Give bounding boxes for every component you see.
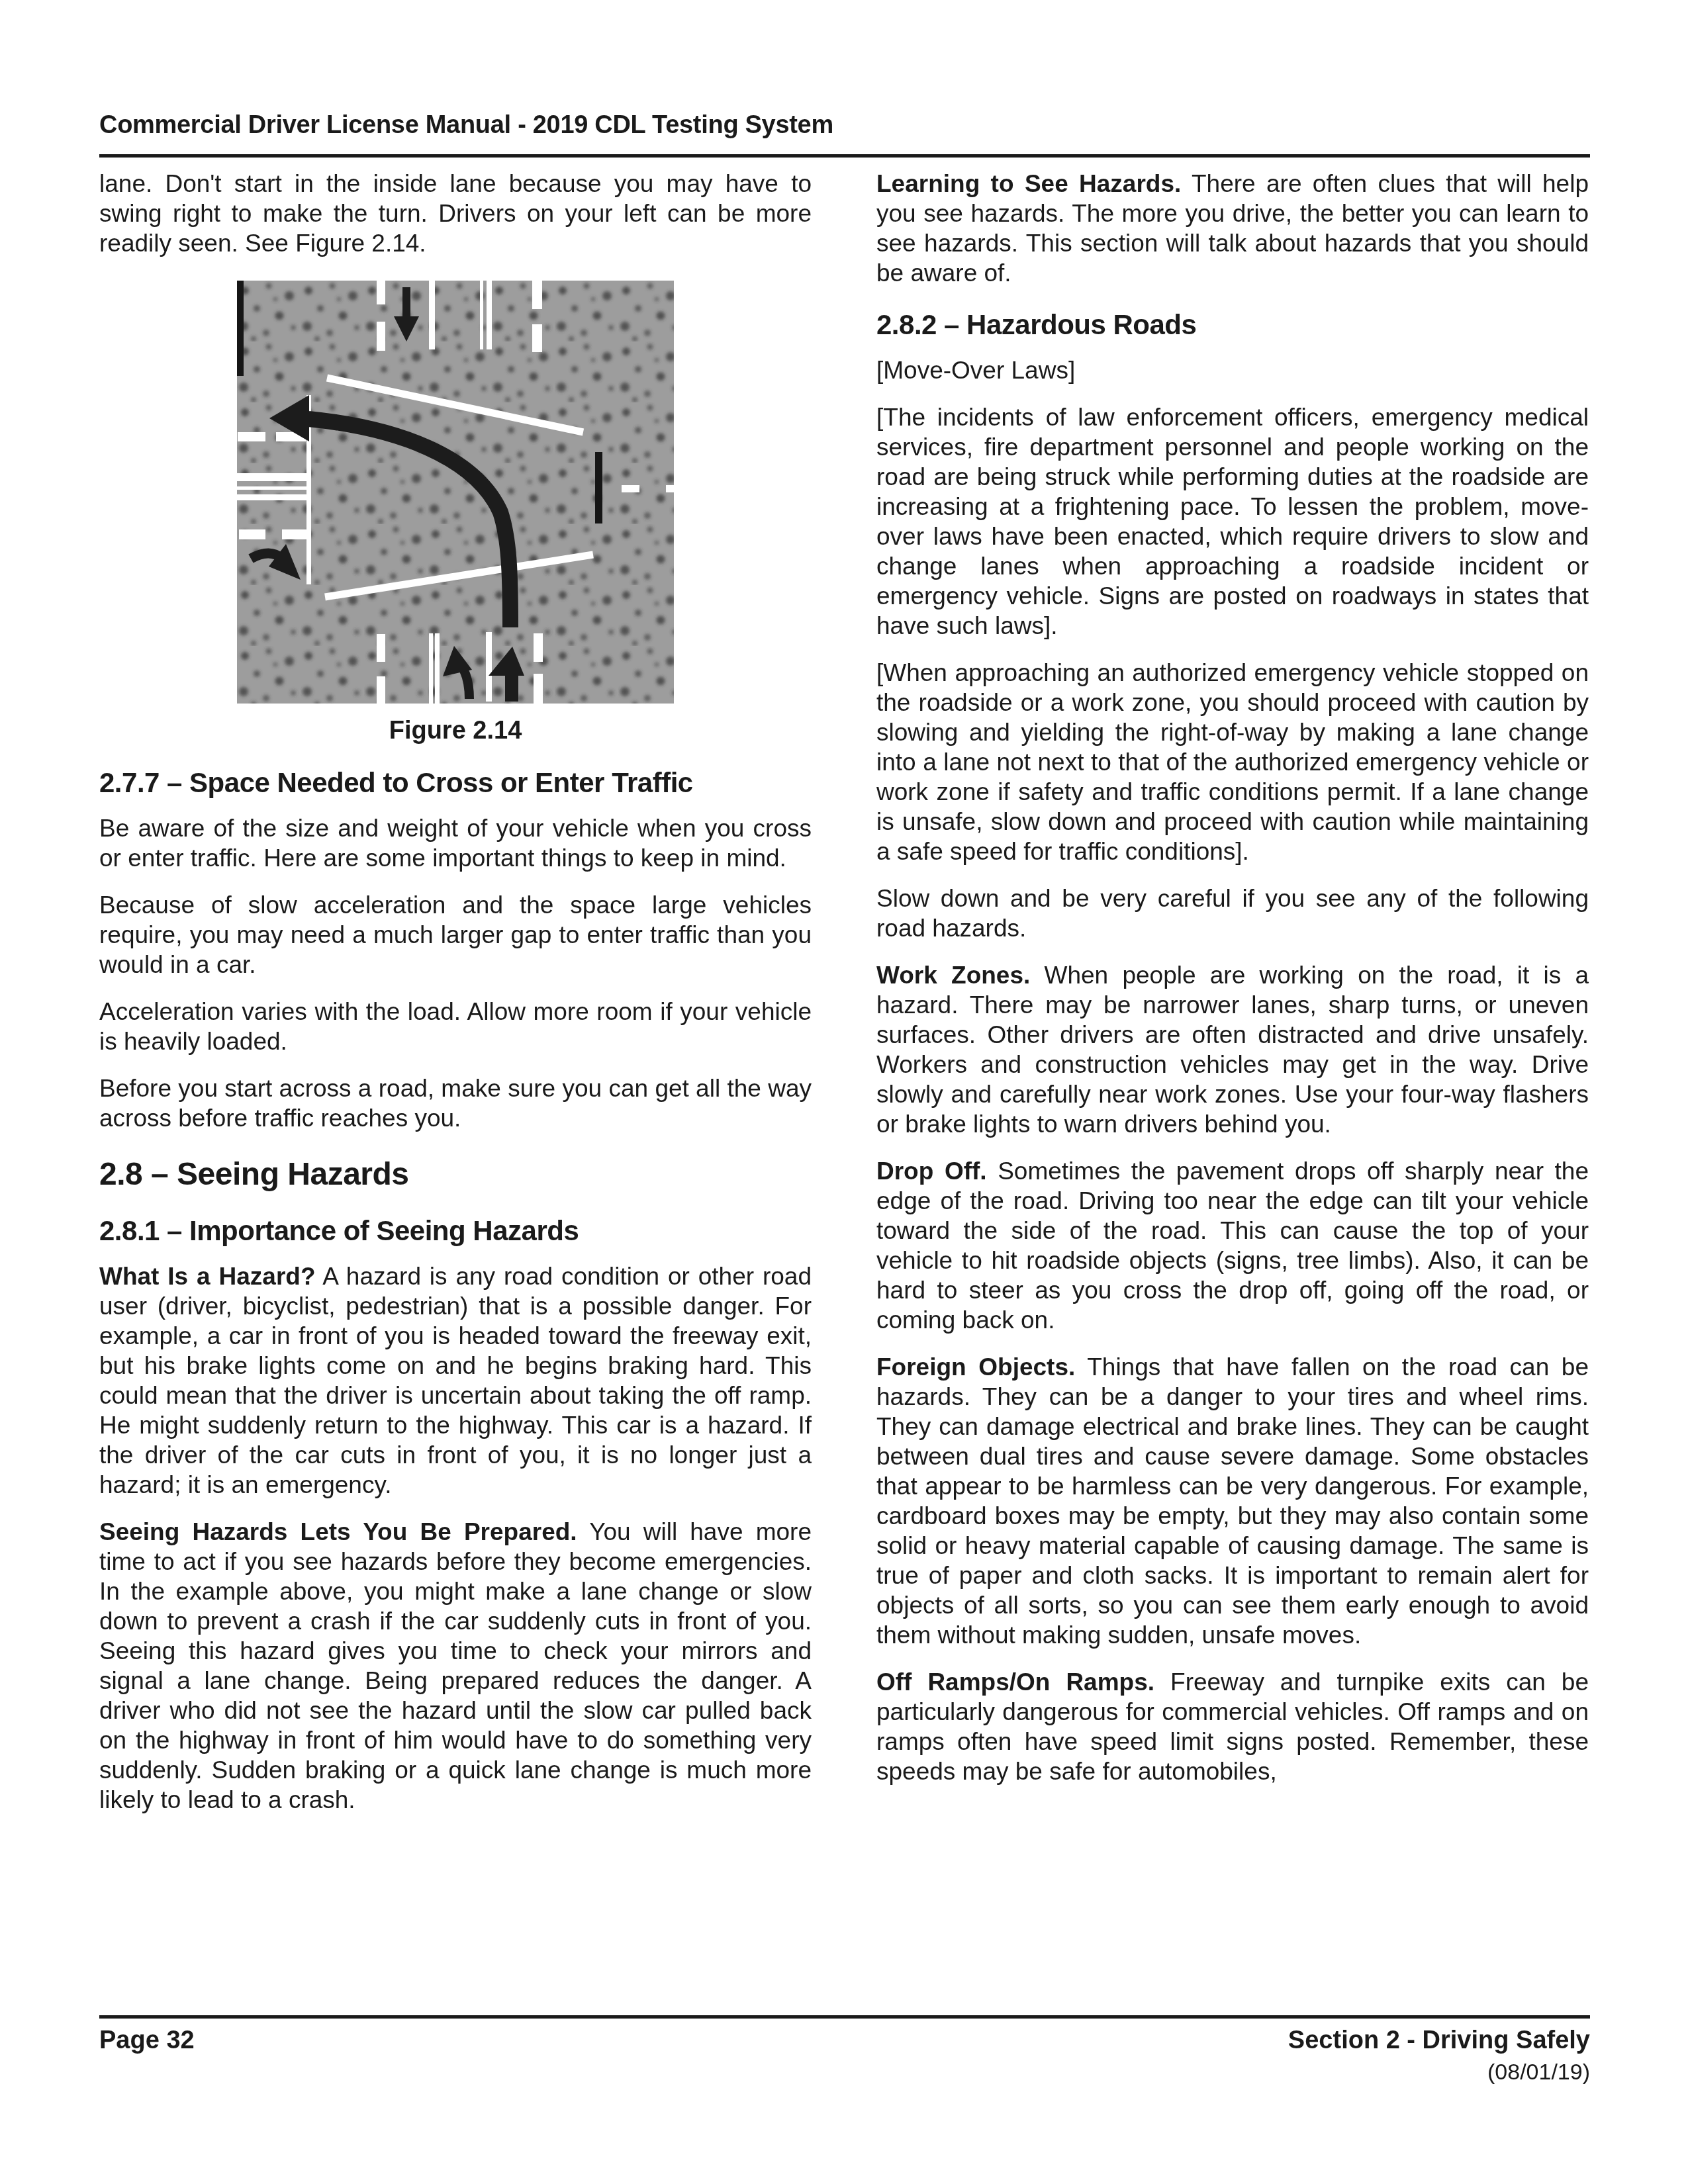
figure-2-14: Figure 2.14	[237, 281, 674, 746]
manual-page: Commercial Driver License Manual - 2019 …	[0, 0, 1688, 2184]
paragraph-move-over-laws: [Move-Over Laws]	[876, 355, 1589, 385]
footer-section-title: Section 2 - Driving Safely	[1288, 2026, 1590, 2055]
paragraph-foreign-objects: Foreign Objects. Things that have fallen…	[876, 1352, 1589, 1650]
header-rule	[99, 154, 1590, 158]
paragraph-lead: Learning to See Hazards.	[876, 170, 1181, 197]
paragraph-acceleration-gap: Because of slow acceleration and the spa…	[99, 890, 812, 979]
left-column: lane. Don't start in the inside lane bec…	[99, 169, 812, 1832]
footer-revision-date: (08/01/19)	[1487, 2060, 1590, 2085]
intersection-diagram	[237, 281, 674, 704]
paragraph-body: A hazard is any road condition or other …	[99, 1263, 812, 1498]
paragraph-lead: Seeing Hazards Lets You Be Prepared.	[99, 1518, 577, 1545]
paragraph-slow-down: Slow down and be very careful if you see…	[876, 884, 1589, 943]
paragraph-when-approaching: [When approaching an authorized emergenc…	[876, 658, 1589, 866]
paragraph-incidents: [The incidents of law enforcement office…	[876, 402, 1589, 641]
footer-page-number: Page 32	[99, 2026, 195, 2055]
paragraph-lead: Drop Off.	[876, 1158, 987, 1185]
figure-caption: Figure 2.14	[237, 715, 674, 746]
paragraph-lead: Off Ramps/On Ramps.	[876, 1668, 1154, 1696]
heading-2-8-1: 2.8.1 – Importance of Seeing Hazards	[99, 1214, 812, 1248]
paragraph-work-zones: Work Zones. When people are working on t…	[876, 960, 1589, 1139]
road-surface	[237, 281, 674, 704]
paragraph-drop-off: Drop Off. Sometimes the pavement drops o…	[876, 1156, 1589, 1335]
heading-2-8-2: 2.8.2 – Hazardous Roads	[876, 308, 1589, 342]
footer-rule	[99, 2015, 1590, 2019]
paragraph-learning: Learning to See Hazards. There are often…	[876, 169, 1589, 288]
paragraph-what-is-hazard: What Is a Hazard? A hazard is any road c…	[99, 1261, 812, 1500]
heading-2-8: 2.8 – Seeing Hazards	[99, 1156, 812, 1194]
right-column: Learning to See Hazards. There are often…	[876, 169, 1589, 1803]
paragraph-be-aware: Be aware of the size and weight of your …	[99, 813, 812, 873]
paragraph-off-ramps: Off Ramps/On Ramps. Freeway and turnpike…	[876, 1667, 1589, 1786]
left-median-bar	[237, 281, 244, 376]
paragraph-prepared: Seeing Hazards Lets You Be Prepared. You…	[99, 1517, 812, 1815]
paragraph-intro: lane. Don't start in the inside lane bec…	[99, 169, 812, 258]
paragraph-lead: Work Zones.	[876, 962, 1030, 989]
paragraph-lead: Foreign Objects.	[876, 1353, 1075, 1381]
paragraph-lead: What Is a Hazard?	[99, 1263, 315, 1290]
page-header-title: Commercial Driver License Manual - 2019 …	[99, 111, 833, 140]
paragraph-body: You will have more time to act if you se…	[99, 1518, 812, 1813]
right-median-bar	[595, 452, 602, 523]
paragraph-body: Things that have fallen on the road can …	[876, 1353, 1589, 1649]
paragraph-acceleration-load: Acceleration varies with the load. Allow…	[99, 997, 812, 1056]
heading-2-7-7: 2.7.7 – Space Needed to Cross or Enter T…	[99, 766, 812, 800]
paragraph-before-cross: Before you start across a road, make sur…	[99, 1073, 812, 1133]
